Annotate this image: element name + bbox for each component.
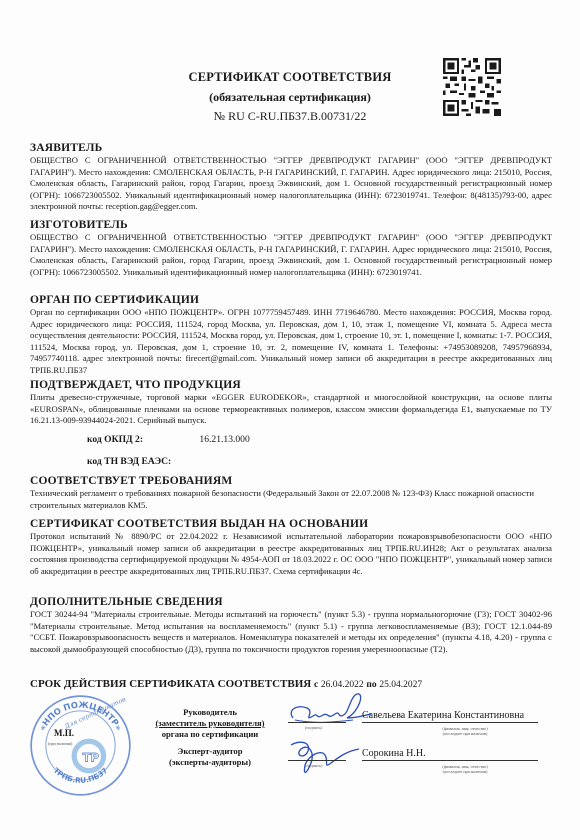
validity-from-date: 26.04.2022	[321, 680, 364, 690]
validity-period: СРОК ДЕЙСТВИЯ СЕРТИФИКАТА СООТВЕТСТВИЯ с…	[30, 678, 422, 690]
head-title-line3: органа по сертификации	[145, 729, 275, 741]
certificate-page: СЕРТИФИКАТ СООТВЕТСТВИЯ (обязательная се…	[0, 0, 580, 840]
certificate-subtitle: (обязательная сертификация)	[140, 90, 440, 105]
head-signature-caption: (подпись)	[305, 725, 322, 730]
expert-signature-line	[288, 760, 346, 761]
requirements-text: Технический регламент о требованиях пожа…	[30, 488, 552, 511]
requirements-section: СООТВЕТСТВУЕТ ТРЕБОВАНИЯМ Технический ре…	[30, 474, 552, 511]
basis-heading: СЕРТИФИКАТ СООТВЕТСТВИЯ ВЫДАН НА ОСНОВАН…	[30, 517, 552, 531]
basis-text: Протокол испытаний № 8890/РС от 22.04.20…	[30, 531, 552, 577]
okpd-code-row: код ОКПД 2: 16.21.13.000	[87, 434, 250, 445]
head-name-caption-2: (последнее при наличии)	[420, 731, 510, 736]
qr-code-icon	[443, 58, 501, 116]
additional-info-text: ГОСТ 30244-94 "Материалы строительные. М…	[30, 609, 552, 655]
expert-title-line2: (эксперты-аудиторы)	[145, 757, 275, 769]
okpd-code-value: 16.21.13.000	[199, 434, 249, 445]
manufacturer-text: ОБЩЕСТВО С ОГРАНИЧЕННОЙ ОТВЕТСТВЕННОСТЬЮ…	[30, 232, 552, 278]
product-section: ПОДТВЕРЖДАЕТ, ЧТО ПРОДУКЦИЯ Плиты древес…	[30, 378, 552, 427]
validity-to-date: 25.04.2027	[379, 680, 422, 690]
head-name: Савельева Екатерина Константиновна	[362, 710, 538, 723]
expert-signature-caption: (подпись)	[305, 763, 322, 768]
certificate-title: СЕРТИФИКАТ СООТВЕТСТВИЯ	[140, 70, 440, 85]
stamp-seal-icon: «НПО ПОЖЦЕНТР» ТРПБ.RU.ПБ37 ТР Для серти…	[28, 693, 133, 798]
certificate-number: № RU C-RU.ПБ37.В.00731/22	[140, 109, 440, 124]
head-signature-line	[288, 722, 346, 723]
okpd-code-label: код ОКПД 2:	[87, 434, 197, 445]
stamp-mark-label: М.П.	[54, 728, 74, 738]
validity-label: СРОК ДЕЙСТВИЯ СЕРТИФИКАТА СООТВЕТСТВИЯ	[30, 678, 311, 690]
svg-text:ТР: ТР	[83, 750, 99, 764]
basis-section: СЕРТИФИКАТ СООТВЕТСТВИЯ ВЫДАН НА ОСНОВАН…	[30, 517, 552, 577]
tnved-code-row: код ТН ВЭД ЕАЭС:	[87, 456, 197, 467]
head-title-line1: Руководитель	[145, 707, 275, 719]
expert-name-caption-2: (последнее при наличии)	[420, 769, 510, 774]
validity-to-word: по	[366, 680, 376, 690]
stamp-mark-note: (при наличии)	[48, 741, 72, 746]
validity-from-word: с	[314, 680, 318, 690]
certification-body-text: Орган по сертификации ООО «НПО ПОЖЦЕНТР»…	[30, 307, 552, 377]
requirements-heading: СООТВЕТСТВУЕТ ТРЕБОВАНИЯМ	[30, 474, 552, 488]
manufacturer-section: ИЗГОТОВИТЕЛЬ ОБЩЕСТВО С ОГРАНИЧЕННОЙ ОТВ…	[30, 218, 552, 278]
applicant-text: ОБЩЕСТВО С ОГРАНИЧЕННОЙ ОТВЕТСТВЕННОСТЬЮ…	[30, 155, 552, 213]
additional-info-section: ДОПОЛНИТЕЛЬНЫЕ СВЕДЕНИЯ ГОСТ 30244-94 "М…	[30, 595, 552, 655]
manufacturer-heading: ИЗГОТОВИТЕЛЬ	[30, 218, 552, 232]
certification-body-section: ОРГАН ПО СЕРТИФИКАЦИИ Орган по сертифика…	[30, 293, 552, 377]
head-title-line2: (заместитель руководителя)	[145, 718, 275, 730]
additional-info-heading: ДОПОЛНИТЕЛЬНЫЕ СВЕДЕНИЯ	[30, 595, 552, 609]
expert-signature-icon	[285, 735, 365, 780]
certification-body-heading: ОРГАН ПО СЕРТИФИКАЦИИ	[30, 293, 552, 307]
expert-title-line1: Эксперт-аудитор	[145, 746, 275, 758]
product-text: Плиты древесно-стружечные, торговой марк…	[30, 392, 552, 427]
applicant-heading: ЗАЯВИТЕЛЬ	[30, 141, 552, 155]
expert-name: Сорокина Н.Н.	[362, 748, 538, 761]
product-heading: ПОДТВЕРЖДАЕТ, ЧТО ПРОДУКЦИЯ	[30, 378, 552, 392]
tnved-code-label: код ТН ВЭД ЕАЭС:	[87, 456, 197, 467]
applicant-section: ЗАЯВИТЕЛЬ ОБЩЕСТВО С ОГРАНИЧЕННОЙ ОТВЕТС…	[30, 141, 552, 213]
